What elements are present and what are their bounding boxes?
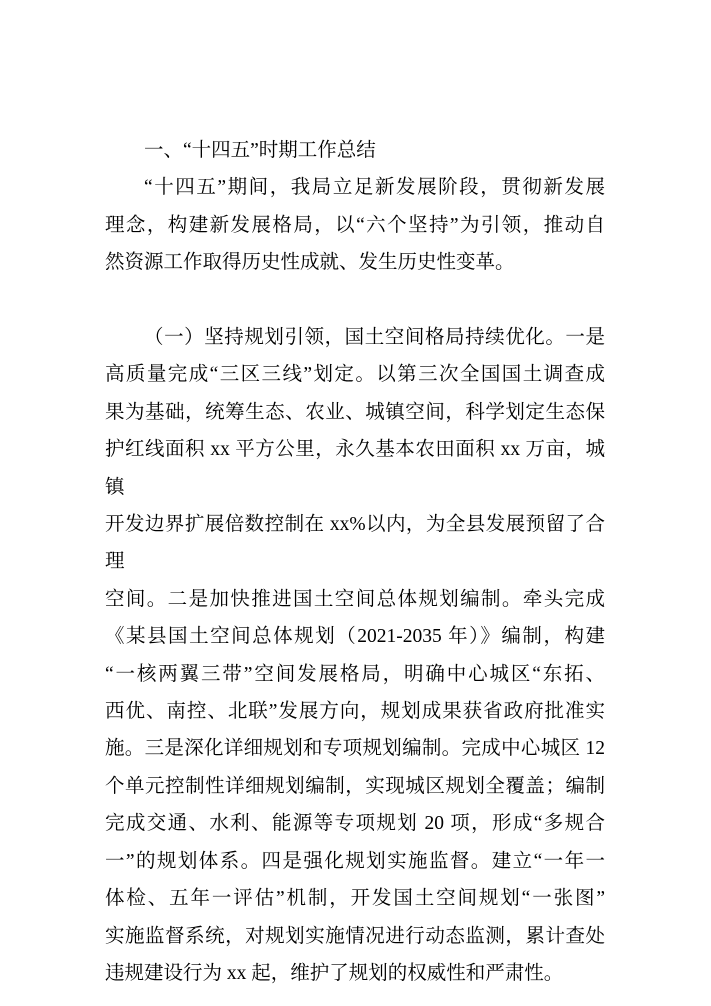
document-page: 一、“十四五”时期工作总结 “十四五”期间，我局立足新发展阶段，贯彻新发展理念，… bbox=[0, 0, 711, 1006]
text-line: 完成交通、水利、能源等专项规划 20 项，形成“多规合 bbox=[105, 805, 605, 842]
text-line: 高质量完成“三区三线”划定。以第三次全国国土调查成 bbox=[105, 356, 605, 393]
text-line: 施。三是深化详细规划和专项规划编制。完成中心城区 12 bbox=[105, 730, 605, 767]
text-line: 实施监督系统，对规划实施情况进行动态监测，累计查处 bbox=[105, 918, 605, 955]
paragraph: “十四五”期间，我局立足新发展阶段，贯彻新发展理念，构建新发展格局，以“六个坚持… bbox=[105, 169, 605, 281]
document-content: 一、“十四五”时期工作总结 “十四五”期间，我局立足新发展阶段，贯彻新发展理念，… bbox=[105, 132, 605, 992]
text-line: “一核两翼三带”空间发展格局，明确中心城区“东拓、 bbox=[105, 656, 605, 693]
text-line: 一”的规划体系。四是强化规划实施监督。建立“一年一 bbox=[105, 843, 605, 880]
text-line: 果为基础，统筹生态、农业、城镇空间，科学划定生态保 bbox=[105, 394, 605, 431]
text-line: 违规建设行为 xx 起，维护了规划的权威性和严肃性。 bbox=[105, 955, 605, 992]
text-line: （一）坚持规划引领，国土空间格局持续优化。一是 bbox=[105, 319, 605, 356]
text-line: “十四五”期间，我局立足新发展阶段，贯彻新发展 bbox=[105, 169, 605, 206]
text-line: 理念，构建新发展格局，以“六个坚持”为引领，推动自 bbox=[105, 207, 605, 244]
paragraph: （一）坚持规划引领，国土空间格局持续优化。一是高质量完成“三区三线”划定。以第三… bbox=[105, 319, 605, 992]
text-line: 西优、南控、北联”发展方向，规划成果获省政府批准实 bbox=[105, 693, 605, 730]
text-line: 《某县国土空间总体规划（2021-2035 年）》编制，构建 bbox=[105, 618, 605, 655]
text-line: 然资源工作取得历史性成就、发生历史性变革。 bbox=[105, 244, 605, 281]
section-heading: 一、“十四五”时期工作总结 bbox=[105, 132, 605, 169]
document-body: “十四五”期间，我局立足新发展阶段，贯彻新发展理念，构建新发展格局，以“六个坚持… bbox=[105, 169, 605, 992]
text-line: 体检、五年一评估”机制，开发国土空间规划“一张图” bbox=[105, 880, 605, 917]
text-line: 开发边界扩展倍数控制在 xx%以内，为全县发展预留了合理 bbox=[105, 506, 605, 581]
text-line: 空间。二是加快推进国土空间总体规划编制。牵头完成 bbox=[105, 581, 605, 618]
text-line: 个单元控制性详细规划编制，实现城区规划全覆盖；编制 bbox=[105, 768, 605, 805]
text-line: 护红线面积 xx 平方公里，永久基本农田面积 xx 万亩，城镇 bbox=[105, 431, 605, 506]
